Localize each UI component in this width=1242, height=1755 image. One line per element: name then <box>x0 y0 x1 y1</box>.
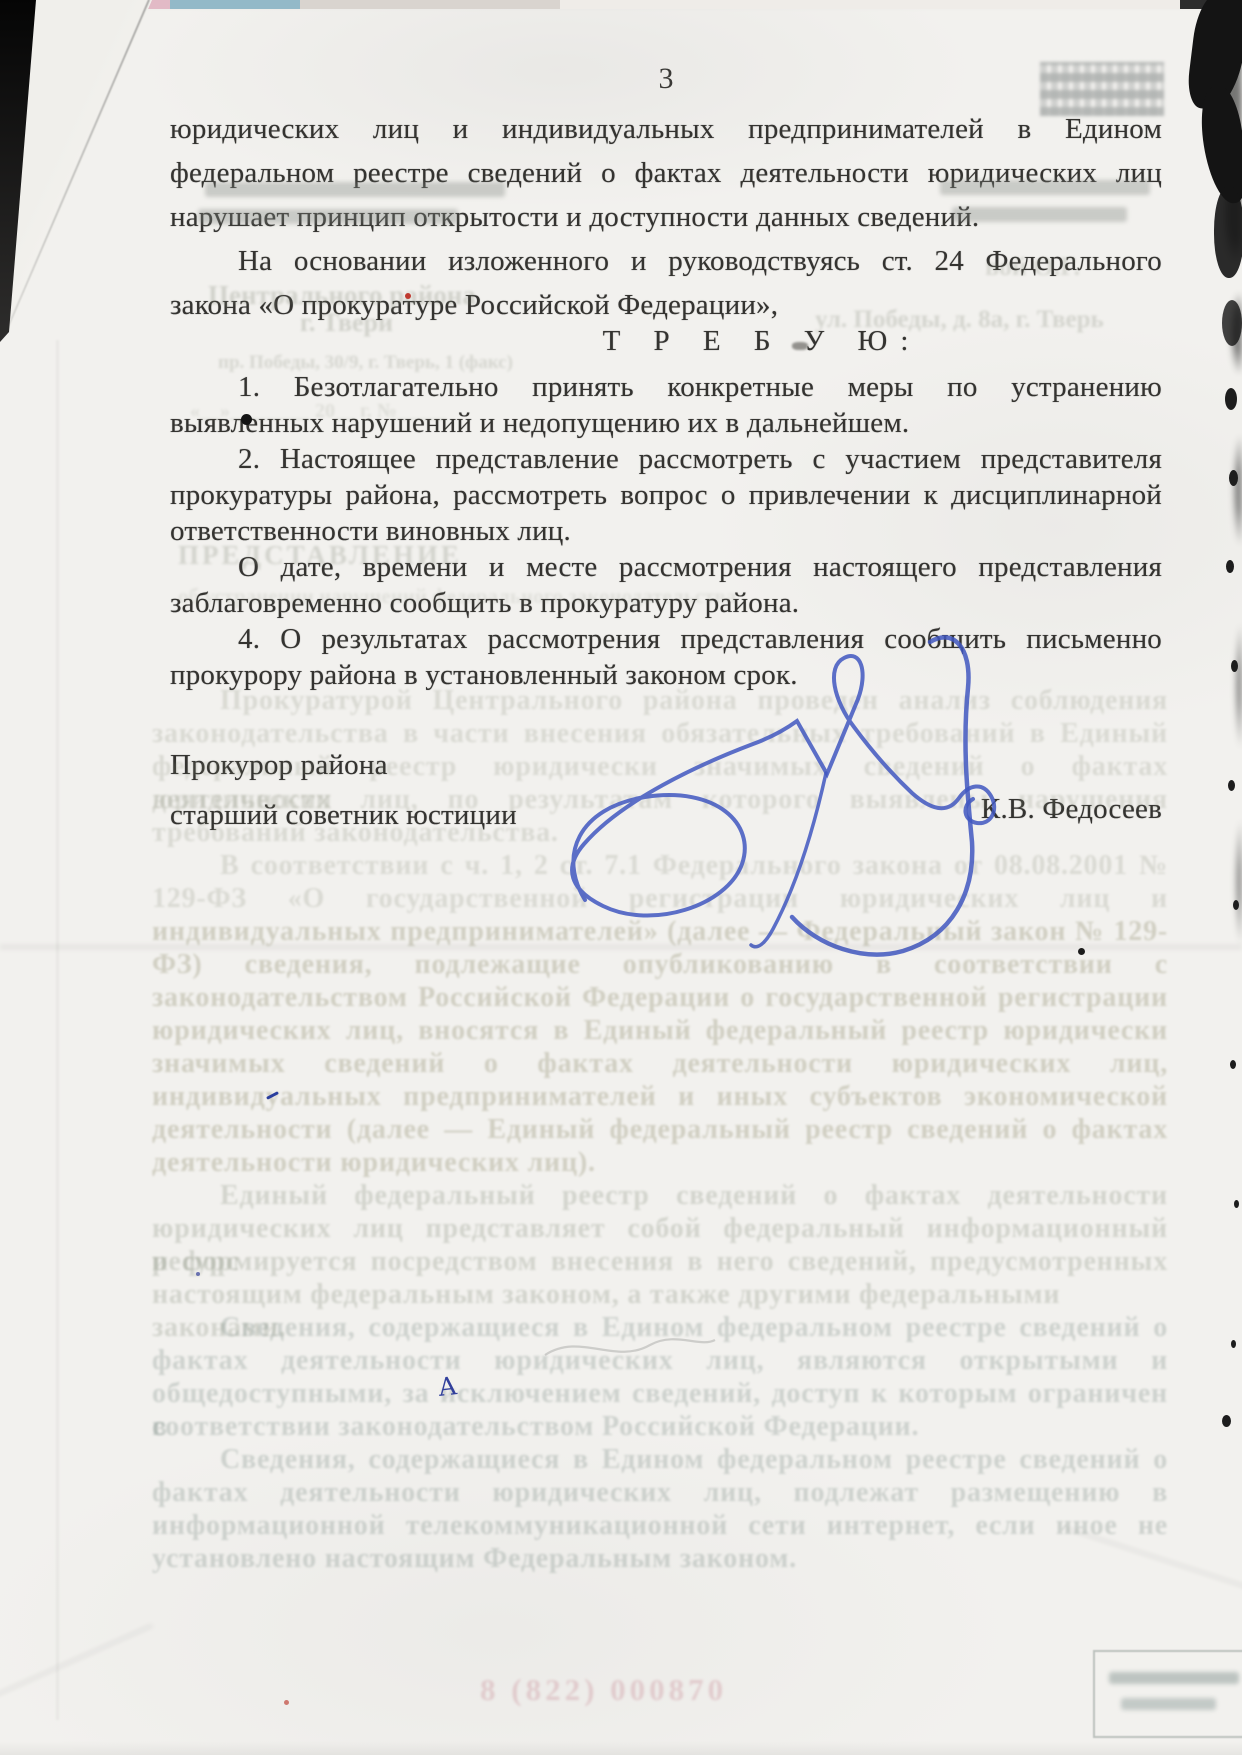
toner-speck <box>1222 1415 1231 1427</box>
toner-speck <box>1233 900 1239 910</box>
toner-blob <box>1222 300 1242 346</box>
toner-speck <box>1229 470 1238 486</box>
blue-ink-mark: А <box>437 1371 459 1402</box>
scanned-document-page: 3 юридических лиц и индивидуальных предп… <box>0 0 1242 1755</box>
toner-speck <box>1231 660 1238 672</box>
toner-speck <box>1228 780 1235 791</box>
red-speck <box>405 293 411 299</box>
blue-ink-dot <box>196 1272 200 1276</box>
bleed-line: деятельности юридических лиц). <box>152 1146 1168 1179</box>
toner-speck <box>1231 1340 1236 1348</box>
gray-squiggle <box>540 1320 720 1370</box>
toner-speck <box>1234 1200 1239 1208</box>
toner-speck <box>1225 388 1237 410</box>
ink-dot <box>241 414 252 425</box>
signature-ink <box>470 590 1050 990</box>
red-speck <box>284 1700 289 1705</box>
toner-blob <box>1214 186 1242 278</box>
scan-edge-strip <box>0 0 1242 9</box>
bleed-line: соответствии законодательством Российско… <box>152 1410 1168 1443</box>
bleed-text-bar <box>1109 1672 1239 1684</box>
paper-crease <box>0 1624 153 1701</box>
bleed-line: установлено настоящим Федеральным законо… <box>152 1542 1168 1575</box>
paper-crease <box>56 340 59 1720</box>
bleed-text-bar <box>1121 1698 1216 1710</box>
toner-speck <box>1226 560 1234 573</box>
bleed-stripe-block <box>1040 62 1164 116</box>
bleed-stamp-box <box>1093 1650 1242 1738</box>
bleed-footer-number: 8 (822) 000870 <box>480 1672 727 1708</box>
pencil-smudge <box>792 342 808 350</box>
toner-speck <box>1230 1060 1236 1069</box>
paper-crease <box>0 944 1242 950</box>
